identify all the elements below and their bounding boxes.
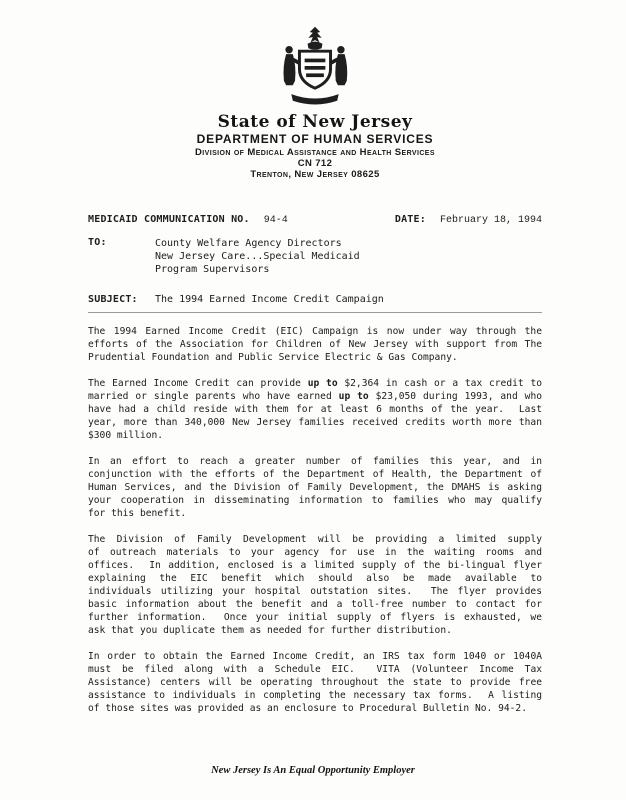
header-divider	[88, 312, 542, 313]
paragraph-line: individuals utilizing your hospital outs…	[88, 585, 542, 598]
to-recipient-line: Program Supervisors	[155, 263, 360, 276]
paragraph-line: $300 million.	[88, 429, 542, 442]
body-paragraphs: The 1994 Earned Income Credit (EIC) Camp…	[88, 325, 542, 715]
paragraph-line: efforts of the Association for Children …	[88, 338, 542, 351]
city-line: Trenton, New Jersey 08625	[88, 169, 542, 180]
paragraph: The Earned Income Credit can provide up …	[88, 377, 542, 442]
to-recipient-line: New Jersey Care...Special Medicaid	[155, 250, 360, 263]
paragraph-line: of outreach materials to your agency for…	[88, 546, 542, 559]
paragraph-line: year, more than 340,000 New Jersey famil…	[88, 416, 542, 429]
division-line: Division of Medical Assistance and Healt…	[88, 147, 542, 158]
paragraph-line: The Earned Income Credit can provide up …	[88, 377, 542, 390]
paragraph-line: ask that you duplicate them as needed fo…	[88, 624, 542, 637]
paragraph-line: conjunction with the efforts of the Depa…	[88, 468, 542, 481]
to-label: TO:	[88, 237, 155, 276]
letterhead: State of New Jersey DEPARTMENT OF HUMAN …	[88, 26, 542, 180]
communication-row: MEDICAID COMMUNICATION NO. 94-4 DATE: Fe…	[88, 214, 542, 226]
date-value: February 18, 1994	[440, 215, 542, 226]
paragraph: In an effort to reach a greater number o…	[88, 455, 542, 520]
po-box-line: CN 712	[88, 158, 542, 169]
paragraph-line: In order to obtain the Earned Income Cre…	[88, 650, 542, 663]
footer-motto: New Jersey Is An Equal Opportunity Emplo…	[0, 765, 626, 776]
paragraph-line: have had a child reside with them for at…	[88, 403, 542, 416]
state-title: State of New Jersey	[88, 113, 542, 132]
paragraph-line: your cooperation in disseminating inform…	[88, 494, 542, 507]
paragraph-line: offices. In addition, enclosed is a limi…	[88, 559, 542, 572]
date-group: DATE: February 18, 1994	[395, 214, 542, 226]
communication-number: 94-4	[264, 215, 288, 226]
to-recipients: County Welfare Agency DirectorsNew Jerse…	[155, 237, 360, 276]
subject-row: SUBJECT: The 1994 Earned Income Credit C…	[88, 294, 542, 305]
paragraph-line: basic information about the benefit and …	[88, 598, 542, 611]
to-recipient-line: County Welfare Agency Directors	[155, 237, 360, 250]
paragraph-line: The Division of Family Development will …	[88, 533, 542, 546]
paragraph-line: Prudential Foundation and Public Service…	[88, 351, 542, 364]
paragraph-line: further information. Once your initial s…	[88, 611, 542, 624]
paragraph-line: The 1994 Earned Income Credit (EIC) Camp…	[88, 325, 542, 338]
paragraph-line: of those sites was provided as an enclos…	[88, 702, 542, 715]
paragraph-line: for this benefit.	[88, 507, 542, 520]
nj-state-coat-of-arms-icon	[278, 26, 352, 111]
paragraph-line: Assistance) centers will be operating th…	[88, 676, 542, 689]
to-row: TO: County Welfare Agency DirectorsNew J…	[88, 237, 542, 276]
communication-label: MEDICAID COMMUNICATION NO.	[88, 214, 250, 225]
subject-value: The 1994 Earned Income Credit Campaign	[155, 294, 384, 305]
memo-header: MEDICAID COMMUNICATION NO. 94-4 DATE: Fe…	[88, 214, 542, 313]
paragraph-line: Human Services, and the Division of Fami…	[88, 481, 542, 494]
document-page: State of New Jersey DEPARTMENT OF HUMAN …	[0, 0, 626, 800]
paragraph-line: explaining the EIC benefit which should …	[88, 572, 542, 585]
paragraph-line: married or single parents who have earne…	[88, 390, 542, 403]
subject-label: SUBJECT:	[88, 294, 155, 305]
paragraph: The 1994 Earned Income Credit (EIC) Camp…	[88, 325, 542, 364]
paragraph-line: must be filed along with a Schedule EIC.…	[88, 663, 542, 676]
paragraph: The Division of Family Development will …	[88, 533, 542, 637]
date-label: DATE:	[395, 214, 426, 225]
paragraph-line: In an effort to reach a greater number o…	[88, 455, 542, 468]
department-title: DEPARTMENT OF HUMAN SERVICES	[88, 132, 542, 147]
paragraph-line: assistance to individuals in completing …	[88, 689, 542, 702]
paragraph: In order to obtain the Earned Income Cre…	[88, 650, 542, 715]
